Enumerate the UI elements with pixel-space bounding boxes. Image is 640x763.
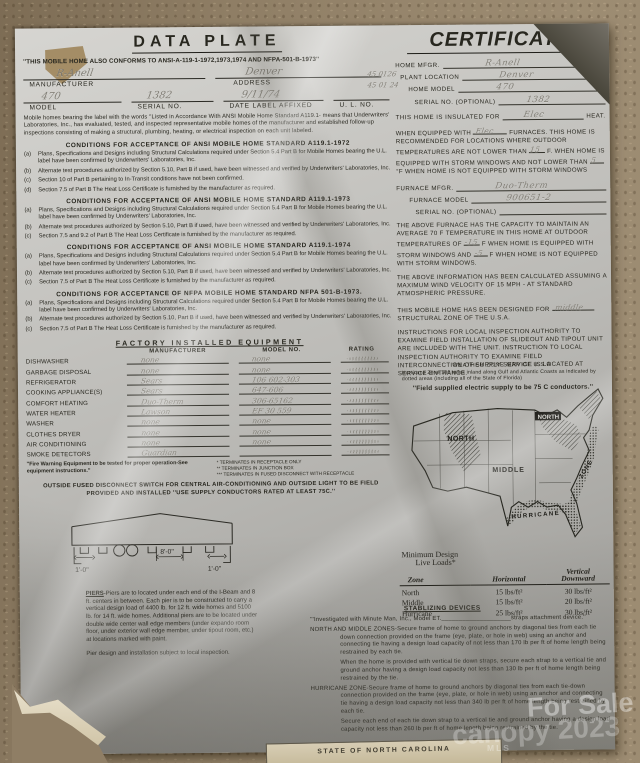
item-text: Section 10 of Part B pertaining to In-Tr… <box>38 176 244 184</box>
mfr-line: Guardian <box>128 447 230 458</box>
furnace-model-label: FURNACE MODEL <box>409 197 468 205</box>
hurricane-zone-paragraph-2: Secure each end of each tie down strap t… <box>311 716 611 734</box>
home-mfgr-label: HOME MFGR. <box>395 62 440 69</box>
id-row-2: 470 MODEL 1382 SERIAL NO. 9/11/74 DATE L… <box>23 87 391 111</box>
item-text: Alternate test procedures authorized by … <box>38 165 390 174</box>
temp-blank-2: 5 <box>590 155 604 163</box>
furnace-mfgr-field: FURNACE MFGR. Duo-Therm <box>396 181 606 192</box>
rating-line <box>341 394 389 404</box>
furnace-mfgr-line: Duo-Therm <box>456 181 606 191</box>
item-tag: (b) <box>25 317 32 324</box>
col-vertical: VerticalDownward <box>547 567 610 585</box>
pier-mark <box>80 547 88 553</box>
item-text: Plans, Specifications and Designs includ… <box>39 297 388 313</box>
item-text: Section 7.5 of Part B The Heat Loss Cert… <box>39 278 276 286</box>
cert-serial-field: SERIAL NO. (OPTIONAL) 1382 <box>414 95 605 106</box>
section-item: (d)Section 7.5 of Part B The Heat Loss C… <box>24 184 392 195</box>
date-affixed-line: 9/11/74 <box>223 88 323 102</box>
pier-mark <box>148 547 156 553</box>
mfr-line: Duo-Therm <box>127 395 229 406</box>
date-affixed-label: DATE LABEL AFFIXED <box>223 101 333 110</box>
item-text: Plans, Specifications and Designs includ… <box>39 251 388 267</box>
mfr-line: Lawson <box>127 406 229 417</box>
rating-scribble <box>347 388 381 392</box>
furnace-mfgr-handwriting: Duo-Therm <box>495 181 549 191</box>
listing-paragraph: Mobile homes bearing the label with the … <box>24 112 392 137</box>
model-line: none <box>239 425 331 436</box>
spacer <box>26 349 122 356</box>
section-ansi-1974: CONDITIONS FOR ACCEPTANCE OF ANSI MOBILE… <box>25 242 393 288</box>
address-line: Denver <box>215 64 381 78</box>
live-loads-title: Minimum Design Live Loads* <box>401 549 609 568</box>
model-handwriting: none <box>252 437 272 446</box>
serial-cell: 1382 SERIAL NO. <box>131 89 223 111</box>
mfr-line: none <box>127 365 229 376</box>
ul-number-handwriting: 45 0126 45 01 24 <box>367 69 398 90</box>
pier-mark <box>99 547 107 553</box>
calculated-paragraph: THE ABOVE INFORMATION HAS BEEN CALCULATE… <box>397 273 607 299</box>
home-mfgr-line: R-Anell <box>443 58 605 68</box>
model-label: MODEL <box>23 103 131 112</box>
blank-handwriting: -15 <box>465 239 479 246</box>
model-line: none <box>239 436 331 447</box>
section-item: (a)Plans, Specifications and Designs inc… <box>24 204 392 222</box>
capacity-temp-blank-2: -5 <box>473 249 487 257</box>
row-label: GARBAGE DISPOSAL <box>26 368 122 376</box>
section-item: (a)Plans, Specifications and Designs inc… <box>24 148 392 166</box>
footnote-mark: * <box>217 460 219 465</box>
row-label: WATER HEATER <box>26 410 122 418</box>
manufacturer-cell: R-Anell MANUFACTURER <box>23 66 215 89</box>
model-handwriting: 306-65162 <box>251 396 293 405</box>
certificate-column: CERTIFICATE HOME MFGR. R-Anell PLANT LOC… <box>395 27 608 391</box>
model-handwriting: 647-606 <box>251 386 284 395</box>
item-tag: (a) <box>24 207 31 214</box>
section-ansi-1972: CONDITIONS FOR ACCEPTANCE OF ANSI MOBILE… <box>24 139 392 194</box>
blank-handwriting: -5 <box>474 250 483 257</box>
model-line: 470 <box>23 90 121 104</box>
rating-scribble <box>347 429 381 433</box>
manufacturer-line: R-Anell <box>23 66 205 81</box>
certificate-title: CERTIFICATE <box>407 28 593 55</box>
id-row-1: R-Anell MANUFACTURER Denver ADDRESS <box>23 64 391 88</box>
north-middle-zones-paragraph: NORTH AND MIDDLE ZONES-Secure frame of h… <box>310 624 610 657</box>
mfr-line: none <box>127 426 229 437</box>
map-label-north-west: NORTH <box>447 435 474 442</box>
dim-arrow-left <box>74 555 95 559</box>
item-tag: (b) <box>25 224 32 231</box>
row-label: DISHWASHER <box>26 358 122 366</box>
model-handwriting: 106 602-303 <box>251 375 300 384</box>
date-affixed-handwriting: 9/11/74 <box>241 89 281 100</box>
piers-text: -Piers are to located under each end of … <box>86 590 257 643</box>
dim-center-label: 8'-0'' <box>160 549 174 556</box>
temp-blank-1: 15 <box>529 145 545 153</box>
para-text: THIS MOBILE HOME HAS BEEN DESIGNED FOR <box>397 306 550 314</box>
item-tag: (c) <box>25 233 32 240</box>
serial-handwriting: 1382 <box>145 90 172 101</box>
row-label: WASHER <box>26 420 122 428</box>
col-vertical-2: Downward <box>549 575 608 583</box>
section-item: (a)Plans, Specifications and Designs inc… <box>25 251 393 269</box>
weather-zone-map-block: WEATHER ZONE MAP OF U.S.A Hurricane Zone… <box>396 361 610 618</box>
rating-scribble <box>347 419 381 423</box>
item-text: Section 7.5 of Part B The Heat Loss Cert… <box>39 324 276 332</box>
model-handwriting: none <box>251 417 271 426</box>
home-mfgr-field: HOME MFGR. R-Anell <box>395 58 605 69</box>
rating-line <box>341 384 389 394</box>
item-tag: (b) <box>24 168 31 175</box>
wheel <box>126 545 137 556</box>
loads-row-north: North 15 lbs/ft² 30 lbs/ft² <box>400 584 610 597</box>
para-text: °F WHEN HOME IS NOT EQUIPPED WITH STORM … <box>396 166 587 175</box>
rating-scribble <box>347 378 381 382</box>
footnote-mark: ** <box>217 466 221 471</box>
vertical-cell: 30 lbs/ft² <box>547 584 610 596</box>
plant-location-handwriting: Denver <box>499 70 535 80</box>
model-handwriting: none <box>251 427 271 436</box>
cert-serial-handwriting: 1382 <box>525 94 550 104</box>
mfr-line: Sears <box>127 375 229 386</box>
home-model-line: 470 <box>458 83 605 93</box>
fire-warning-note: ''Fire Warning Equipment to be tested fo… <box>27 460 203 480</box>
usa-weather-zone-map: NORTH NORTH MIDDLE HURRICANE ZONE <box>398 381 605 551</box>
mfr-handwriting: Sears <box>141 387 164 396</box>
pier-mark <box>183 546 191 552</box>
section-item: (c)Section 7.5 of Part B The Heat Loss C… <box>25 323 393 334</box>
pier-inspection-note: Pier design and installation subject to … <box>86 650 258 659</box>
furnace-model-handwriting: 900651-2 <box>506 193 552 203</box>
home-model-field: HOME MODEL 470 <box>408 83 605 94</box>
rating-line <box>341 446 389 456</box>
mfr-handwriting: Guardian <box>141 448 178 457</box>
row-label: AIR CONDITIONING <box>26 441 122 449</box>
col-zone: Zone <box>400 568 472 586</box>
terminates-footnotes: * TERMINATES IN RECEPTACLE ONLY ** TERMI… <box>203 458 395 478</box>
mfr-handwriting: none <box>141 428 161 437</box>
horizontal-cell: 15 lbs/ft² <box>471 585 547 597</box>
zone-blank: middle <box>552 303 594 311</box>
capacity-temp-blank-1: -15 <box>464 238 480 246</box>
dim-left-label: 1'-0'' <box>75 567 89 574</box>
insulated-line: Elec <box>503 110 583 120</box>
item-text: Section 7.5 and 9.2 of Part B The Heat L… <box>39 231 297 239</box>
section-item: (c)Section 7.5 and 9.2 of Part B The Hea… <box>25 230 393 241</box>
furnace-serial-line <box>499 206 606 216</box>
blank-handwriting: 15 <box>530 146 541 153</box>
mfr-handwriting: Sears <box>140 376 163 385</box>
home-model-handwriting: 470 <box>495 83 514 93</box>
address-label: ADDRESS <box>215 77 391 87</box>
north-middle-zones-paragraph-2: When the home is provided with vertical … <box>310 658 610 684</box>
rating-line <box>341 415 389 425</box>
disconnect-note: OUTSIDE FUSED DISCONNECT SWITCH FOR CENT… <box>33 481 389 500</box>
map-label-north-east: NORTH <box>538 414 560 420</box>
model-handwriting: EF 30 559 <box>251 406 292 415</box>
plant-location-line: Denver <box>462 71 605 81</box>
footnote-mark: *** <box>217 472 223 477</box>
section-item: (c)Section 7.5 of Part B The Heat Loss C… <box>25 277 393 288</box>
stabilizing-heading: STABLIZING DEVICES <box>404 603 610 613</box>
manufacturer-label: MANUFACTURER <box>23 79 215 89</box>
row-label: REFRIGERATOR <box>26 379 122 387</box>
item-text: Section 7.5 of Part B The Heat Loss Cert… <box>38 185 275 193</box>
blank-handwriting: middle <box>555 304 584 311</box>
right-jack <box>223 546 230 563</box>
model-cell: 470 MODEL <box>23 90 131 112</box>
date-affixed-cell: 9/11/74 DATE LABEL AFFIXED <box>223 88 333 110</box>
mfr-handwriting: Lawson <box>141 407 172 416</box>
item-text: Plans, Specifications and Designs includ… <box>38 148 387 164</box>
col-horizontal: Horizontal <box>471 567 547 585</box>
ul-no-label: U. L. NO. <box>333 100 391 109</box>
rating-line <box>341 425 389 435</box>
item-text: Alternate test procedures authorized by … <box>39 267 391 276</box>
equipment-notes: ''Fire Warning Equipment to be tested fo… <box>27 458 395 480</box>
plant-location-label: PLANT LOCATION <box>400 74 459 82</box>
model-handwriting: none <box>251 365 271 374</box>
model-handwriting: 470 <box>40 91 61 102</box>
rating-scribble <box>347 367 381 371</box>
para-text: WHEN EQUIPPED WITH <box>396 129 471 137</box>
pier-mark <box>206 546 214 552</box>
item-tag: (a) <box>24 152 31 159</box>
mfr-handwriting: none <box>141 438 161 447</box>
model-line: none <box>239 364 331 375</box>
item-tag: (c) <box>25 326 32 333</box>
item-tag: (c) <box>24 178 31 185</box>
item-text: Alternate test procedures authorized by … <box>39 221 391 230</box>
footnote-text: TERMINATES IN RECEPTACLE ONLY <box>220 459 302 465</box>
data-plate-column: DATA PLATE ''THIS MOBILE HOME ALSO CONFO… <box>23 31 396 659</box>
wheel <box>114 545 125 556</box>
model-line: EF 30 559 <box>239 405 331 416</box>
insulated-label: THIS HOME IS INSULATED FOR <box>396 113 500 121</box>
section-nfpa-1973: CONDITIONS FOR ACCEPTANCE OF NFPA MOBILE… <box>25 288 393 334</box>
row-label: SMOKE DETECTORS <box>27 451 123 459</box>
para-text: STRUCTURAL ZONE OF THE U.S.A. <box>397 315 510 323</box>
metal-data-plate: DATA PLATE ''THIS MOBILE HOME ALSO CONFO… <box>15 23 615 754</box>
model-line: 106 602-303 <box>239 374 331 385</box>
rating-scribble <box>347 450 381 454</box>
mfr-handwriting: Duo-Therm <box>141 397 185 406</box>
row-label: COMFORT HEATING <box>26 399 122 407</box>
frame-outline <box>72 523 233 545</box>
item-tag: (c) <box>25 280 32 287</box>
furnace-mfgr-label: FURNACE MFGR. <box>396 185 453 192</box>
mfr-line: none <box>127 416 229 427</box>
rating-scribble <box>347 439 381 443</box>
model-line: none <box>239 415 331 426</box>
model-line: none <box>239 353 331 364</box>
equipped-paragraph: WHEN EQUIPPED WITH Elec FURNACES. THIS H… <box>396 125 606 176</box>
model-handwriting: none <box>251 355 271 364</box>
mfr-handwriting: none <box>140 366 160 375</box>
rating-line <box>341 404 389 414</box>
section-ansi-1973: CONDITIONS FOR ACCEPTANCE OF ANSI MOBILE… <box>24 195 392 241</box>
home-mfgr-handwriting: R-Anell <box>484 58 521 68</box>
item-tag: (a) <box>25 254 32 261</box>
piers-label: PIERS <box>86 591 104 597</box>
item-tag: (b) <box>25 270 32 277</box>
row-label: CLOTHES DRYER <box>26 430 122 438</box>
model-line <box>240 446 332 457</box>
dim-right-label: 1'-0'' <box>208 566 222 573</box>
rating-line <box>341 363 389 373</box>
serial-line: 1382 <box>131 89 213 103</box>
hurricane-zone-paragraph: HURRICANE ZONE-Secure frame of home to g… <box>311 683 611 716</box>
item-tag: (a) <box>25 300 32 307</box>
mfr-handwriting: none <box>141 418 161 427</box>
pier-diagram: 1'-0'' 8'-0'' 1'-0'' <box>55 501 396 583</box>
mfr-line: none <box>127 354 229 365</box>
model-line: 647-606 <box>239 384 331 395</box>
blank-handwriting: Elec <box>475 127 494 134</box>
rating-scribble <box>346 357 380 361</box>
state-label: STATE OF NORTH CAROLINA <box>266 739 502 763</box>
mfr-line: none <box>127 437 229 448</box>
identification-table: R-Anell MANUFACTURER Denver ADDRESS 470 … <box>23 64 391 111</box>
zone-cell: North <box>400 585 471 597</box>
investigated-line: '''Investigated with Minute Man, Inc., M… <box>310 614 610 624</box>
address-handwriting: Denver <box>244 66 283 77</box>
cert-serial-label: SERIAL NO. (OPTIONAL) <box>414 98 495 106</box>
manufacturer-handwriting: R-Anell <box>55 68 94 79</box>
mfr-line: Sears <box>127 385 229 396</box>
piers-paragraph: PIERS-Piers are to located under each en… <box>86 590 259 659</box>
rating-line <box>341 435 389 445</box>
furnace-serial-field: SERIAL NO. (OPTIONAL) <box>415 206 606 217</box>
item-text: Alternate test procedures authorized by … <box>39 314 391 323</box>
plant-location-field: PLANT LOCATION Denver <box>400 71 605 82</box>
footnote: *** TERMINATES IN FUSED DISCONNECT WITH … <box>217 471 395 479</box>
roof-line <box>72 513 232 527</box>
cert-serial-line: 1382 <box>498 95 605 105</box>
heat-suffix: HEAT. <box>586 112 605 119</box>
rating-line <box>341 373 389 383</box>
footnote-text: TERMINATES IN JUNCTION BOX <box>222 465 294 471</box>
furnace-capacity-paragraph: THE ABOVE FURNACE HAS THE CAPACITY TO MA… <box>397 221 607 269</box>
rating-scribble <box>347 398 381 402</box>
row-label: COOKING APPLIANCE(S) <box>26 389 122 397</box>
rating-line <box>341 353 389 363</box>
item-text: Plans, Specifications and Designs includ… <box>38 204 387 220</box>
furnace-type-blank: Elec <box>473 126 507 134</box>
insulated-field: THIS HOME IS INSULATED FOR Elec HEAT. <box>396 110 606 121</box>
address-cell: Denver ADDRESS <box>215 64 391 87</box>
mfr-handwriting: none <box>140 356 160 365</box>
furnace-serial-label: SERIAL NO. (OPTIONAL) <box>415 209 496 217</box>
map-label-middle: MIDDLE <box>492 466 524 473</box>
furnace-model-line: 900651-2 <box>472 193 607 203</box>
section-item: (a)Plans, Specifications and Designs inc… <box>25 297 393 315</box>
serial-label: SERIAL NO. <box>131 102 223 111</box>
blank-handwriting: 5 <box>590 156 596 163</box>
designed-for-paragraph: THIS MOBILE HOME HAS BEEN DESIGNED FOR m… <box>397 303 607 324</box>
model-line: 306-65162 <box>239 395 331 406</box>
home-model-label: HOME MODEL <box>408 86 455 93</box>
item-tag: (d) <box>24 187 31 194</box>
stabilizing-devices-section: STABLIZING DEVICES '''Investigated with … <box>310 603 611 734</box>
insulated-handwriting: Elec <box>523 110 545 120</box>
rating-scribble <box>347 408 381 412</box>
data-plate-title: DATA PLATE <box>132 32 282 53</box>
dim-arrow-right <box>208 554 227 558</box>
footnote-text: TERMINATES IN FUSED DISCONNECT WITH RECE… <box>223 471 354 477</box>
furnace-model-field: FURNACE MODEL 900651-2 <box>409 193 606 204</box>
